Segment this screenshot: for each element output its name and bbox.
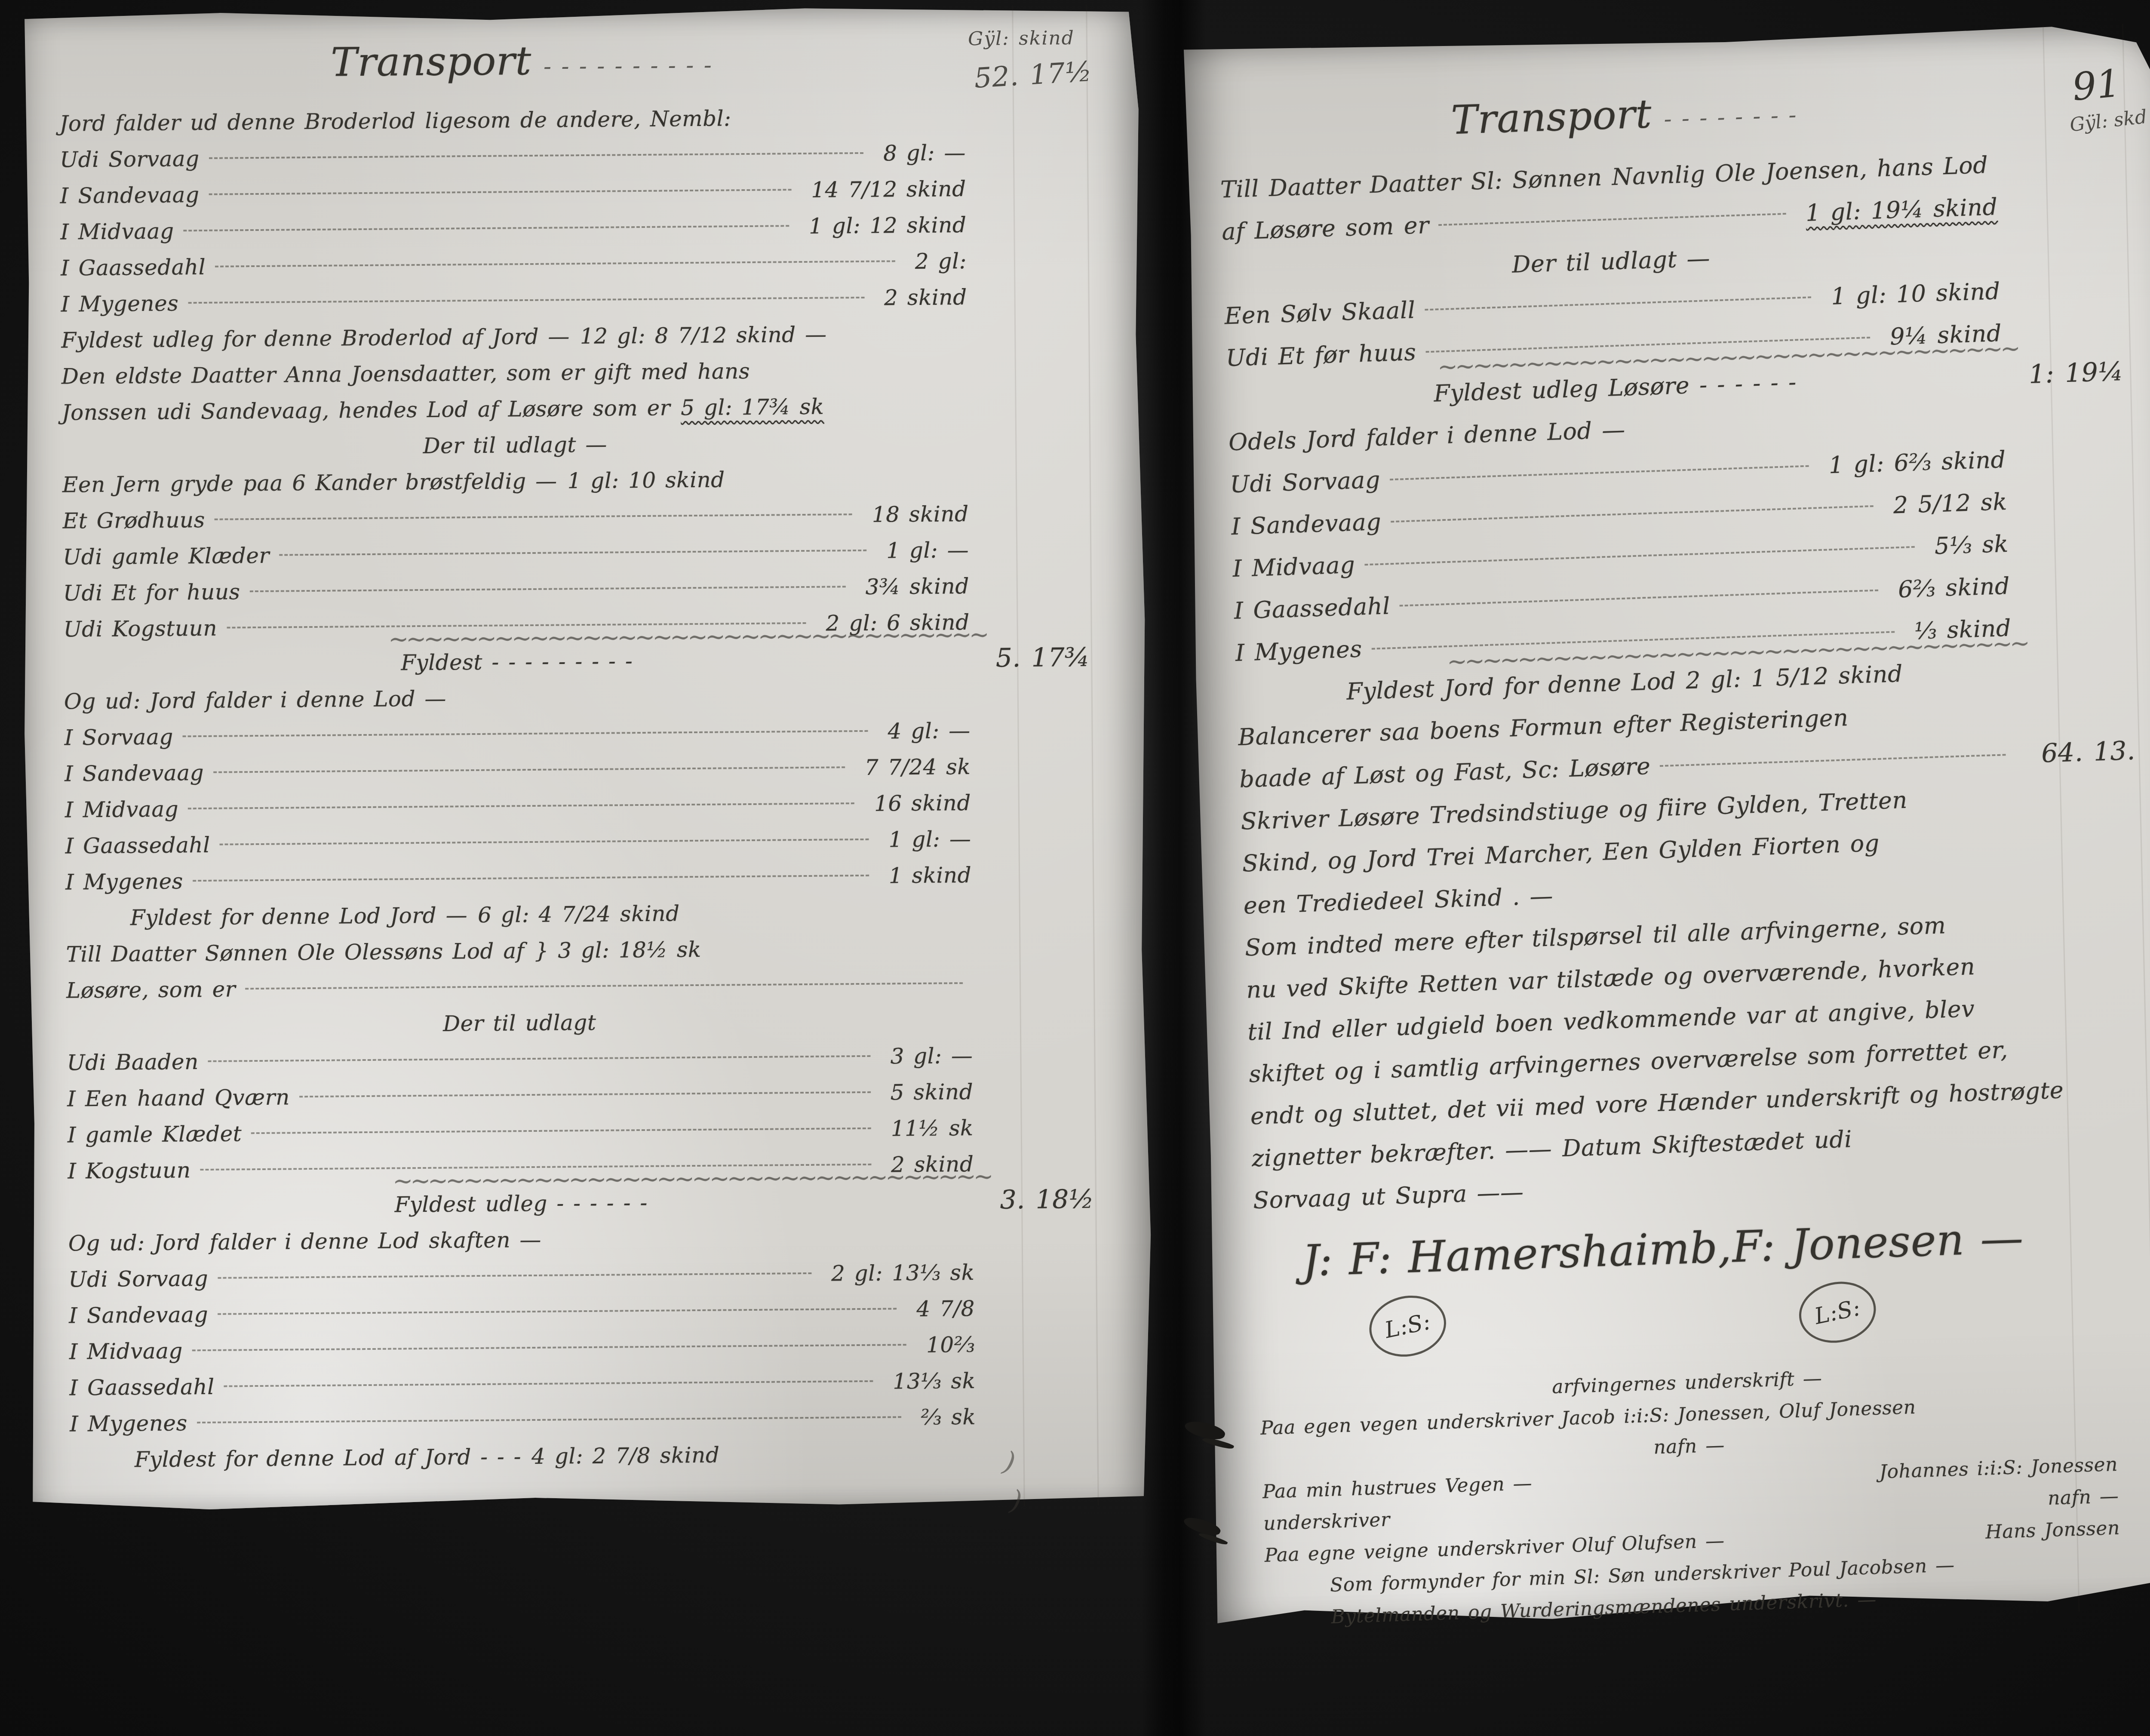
line-text: underskriver [1263,1504,1390,1539]
document-line: Udi Sorvaag 2 gl: 13⅓ sk [68,1254,975,1298]
document-line: Udi Et for huus 3¾ skind [63,568,970,611]
document-line: I Sandevaag 14 7/12 skind [60,171,966,214]
line-value: 1 gl: 10 skind [1831,270,2001,318]
signature-row: J: F: Hamershaimb, L:S: F: Jonesen — L:S… [1302,1205,2150,1375]
document-line: I gamle Klædet 11½ sk [68,1110,974,1153]
document-line: Udi Baaden 3 gl: — [67,1038,973,1081]
line-value: 4 gl: — [888,713,971,750]
line-text: I Mygenes [61,285,178,322]
amount-column-headers: Gÿl: skind [968,27,1075,50]
squiggle-separator: ~~~~~~~~~~~~~~~~~~~~~~~~~~~~~~~~~~ [393,1165,991,1194]
document-line: Den eldste Daatter Anna Joensdaatter, so… [61,351,968,395]
wax-seal: L:S: [1364,1289,1452,1364]
document-line: I Mygenes 1 skind [65,857,972,900]
line-text: I Mygenes [1235,628,1363,674]
document-line: I Sandevaag 4 7/8 [69,1290,975,1334]
line-text: I Een haand Qværn [67,1079,290,1117]
line-text: I Sorvaag [64,719,173,756]
pen-flourish-mark: ) [1000,1445,1018,1479]
dotted-leader [251,1128,871,1134]
line-text: Udi Kogstuun [63,610,217,648]
dotted-leader [208,1055,871,1062]
transport-dashes: - - - - - - - - [1651,76,1996,152]
line-value: } 3 gl: 18½ sk [534,931,701,969]
dotted-leader [218,1308,897,1315]
line-value: 2 skind [884,279,967,316]
document-line: Og ud: Jord falder i denne Lod skaften — [68,1218,974,1262]
line-text: I gamle Klædet [68,1115,242,1153]
signature-block-right: F: Jonesen — L:S: [1731,1205,2150,1361]
transport-dashes: - - - - - - - - - - [531,31,965,99]
document-line: Fyldest udleg for denne Broderlod af Jor… [61,315,967,359]
margin-total: 1: 19¼ [2007,350,2146,396]
line-value: nafn — [2047,1481,2119,1515]
line-value: 12 gl: 8 7/12 skind — [580,316,827,355]
document-line: I Midvaag 16 skind [65,785,971,828]
line-value: 11½ sk [891,1110,974,1147]
dotted-leader [215,513,852,520]
dotted-leader [1438,213,1786,226]
document-line: I Gaassedahl 2 gl: [61,243,967,286]
document-line: Der til udlagt — [62,424,968,467]
document-line: Udi Sorvaag 8 gl: — [60,135,966,178]
dotted-leader [192,1344,906,1351]
squiggle-separator: ~~~~~~~~~~~~~~~~~~~~~~~~~~~~~~~~~~ [388,623,987,652]
line-text: Sorvaag ut Supra —— [1253,1171,1524,1222]
line-value: 6 gl: 4 7/24 skind [478,895,680,933]
line-value: 16 skind [874,785,971,822]
line-text: Een Sølv Skaall [1224,289,1416,337]
signature-name: J: F: Hamershaimb, [1302,1219,1732,1289]
line-text: I Sandevaag [1231,501,1382,548]
line-text: I Midvaag [1232,544,1356,590]
line-value: 1 gl: 6⅔ skind [1828,439,2006,486]
document-line: I Gaassedahl 1 gl: — [65,821,971,864]
line-value: 5 skind [890,1074,973,1111]
line-value: 1 gl: 12 skind [809,207,967,244]
line-value: 1 gl: — [888,821,971,858]
line-value: 14 7/12 skind [811,171,966,208]
transport-total: 52. 17½ [973,56,1093,95]
dotted-leader [245,982,963,989]
line-value: 5 gl: 17¾ sk [681,389,824,426]
dotted-leader [209,189,792,195]
right-page-lines: Till Daatter Daatter Sl: Sønnen Navnlig … [1220,144,2030,1222]
line-text: I Midvaag [69,1333,183,1370]
margin-total: 3. 18½ [978,1181,1116,1218]
line-value: 2 gl: [915,243,967,280]
margin-total: 64. 13. [2019,729,2150,775]
line-text: Udi Baaden [67,1044,199,1081]
dotted-leader [184,225,789,231]
line-value: 4 gl: 2 7/8 skind [531,1437,720,1475]
dotted-leader [213,766,845,773]
document-line: Et Grødhuus 18 skind [62,496,969,539]
document-line: Till Daatter Sønnen Ole Olessøns Lod af … [66,929,972,973]
dotted-leader [250,586,846,592]
document-line: I Een haand Qværn 5 skind [67,1074,974,1117]
line-text: I Gaassedahl [61,249,206,286]
line-value: 13⅓ sk [893,1363,976,1400]
line-text: I Midvaag [65,791,179,828]
document-line: ~~~~~~~~~~~~~~~~~~~~~~~~~~~~~~~~~~ Fylde… [64,640,970,684]
document-line: ~~~~~~~~~~~~~~~~~~~~~~~~~~~~~~~~~~ Fylde… [68,1182,974,1226]
left-page-lines: Jord falder ud denne Broderlod ligesom d… [59,98,976,1478]
line-text: Fyldest for denne Lod af Jord - - - [134,1438,521,1478]
line-text: Till Daatter Sønnen Ole Olessøns Lod af [66,933,525,972]
line-text: Der til udlagt — [1511,237,1711,286]
line-value: 5⅓ sk [1934,523,2009,567]
line-text: Udi Sorvaag [1229,459,1381,506]
line-text: I Sandevaag [60,177,200,214]
line-text: Og ud: Jord falder i denne Lod — [64,681,447,720]
dotted-leader [1390,465,1809,480]
line-text: Een Jern gryde paa 6 Kander brøstfeldig … [62,463,557,503]
dotted-leader [1364,546,1915,565]
line-text: Jonssen udi Sandevaag, hendes Lod af Løs… [61,390,670,430]
dotted-leader [1660,754,2006,767]
dotted-leader [193,875,869,882]
margin-total: 5. 17¾ [974,639,1112,676]
dotted-leader [209,152,863,159]
line-text: Udi Et for huus [63,574,240,611]
document-line: I Mygenes ⅔ sk [70,1399,976,1442]
document-line: I Midvaag 1 gl: 12 skind [60,207,967,250]
right-page: 91 Gÿl: skd Transport - - - - - - - - Ti… [1179,22,2150,1631]
line-text: Et Grødhuus [62,502,205,539]
line-text: Den eldste Daatter Anna Joensdaatter, so… [61,353,750,395]
document-line: Een Jern gryde paa 6 Kander brøstfeldig … [62,460,969,503]
document-line: I Gaassedahl 13⅓ sk [69,1363,976,1406]
transport-label: Transport [1450,82,1652,153]
line-value: Hans Jonssen [1985,1512,2120,1549]
line-text: nafn — [1653,1429,1725,1463]
line-text: I Mygenes [70,1405,187,1442]
line-value: 10⅔ [926,1327,975,1363]
line-text: Udi Sorvaag [60,141,200,178]
document-line: Udi gamle Klæder 1 gl: — [63,532,969,575]
document-line: I Mygenes 2 skind [61,279,967,323]
line-value: 7 7/24 sk [865,749,971,786]
line-text: I Gaassedahl [69,1369,215,1406]
line-value: ⅔ sk [921,1399,976,1435]
dotted-leader [183,730,868,737]
line-text: Løsøre, som er [66,971,236,1008]
signature-block-left: J: F: Hamershaimb, L:S: [1302,1219,1736,1375]
line-text: Udi Sorvaag [68,1260,208,1298]
line-text: I Gaassedahl [1233,585,1391,632]
signature-name: F: Jonesen — [1731,1210,2024,1275]
line-value: 1 gl: — [886,532,969,569]
document-line: Jord falder ud denne Broderlod ligesom d… [59,98,966,142]
line-text: I Mygenes [65,863,183,900]
line-value: 6⅔ skind [1898,565,2011,611]
dotted-leader [1425,296,1811,310]
line-value: 2 5/12 sk [1892,481,2008,527]
line-text: Udi gamle Klæder [63,538,270,575]
closing-lines: arfvingernes underskrift — Paa egen vege… [1259,1353,2122,1635]
dotted-leader [279,550,866,556]
document-line: Fyldest for denne Lod af Jord - - - 4 gl… [70,1435,976,1478]
line-text: Fyldest udleg for denne Broderlod af Jor… [61,318,570,358]
line-value: 1 gl: 10 skind [567,461,725,499]
line-value: 8 gl: — [883,135,966,172]
line-value: 3 gl: — [890,1038,973,1075]
line-text: I Midvaag [60,213,174,250]
document-line: Løsøre, som er [66,965,973,1009]
transport-label: Transport [331,29,532,95]
left-page: Gÿl: skind 52. 17½ Transport - - - - - -… [18,4,1154,1514]
line-value: 2 gl: 13⅓ sk [831,1254,975,1292]
dotted-leader [1391,505,1874,522]
dotted-leader [224,1380,873,1387]
dotted-leader [1400,590,1878,607]
line-text: I Sandevaag [64,755,204,792]
line-text: I Gaassedahl [65,827,210,864]
line-value: 4 7/8 [916,1290,975,1327]
dotted-leader [220,839,869,845]
document-line: Jonssen udi Sandevaag, hendes Lod af Løs… [61,387,968,431]
left-page-content: Gÿl: skind 52. 17½ Transport - - - - - -… [59,24,1125,1496]
dotted-leader [299,1091,871,1097]
dotted-leader [197,1416,901,1423]
document-line: Der til udlagt [67,1002,973,1045]
dotted-leader [188,297,864,304]
line-text: Udi Et før huus [1225,331,1417,379]
line-text: Fyldest for denne Lod Jord — [130,897,468,936]
line-value: 18 skind [872,496,969,533]
line-text: Der til udlagt — [423,427,607,464]
line-text: Jord falder ud denne Broderlod ligesom d… [59,100,731,141]
right-page-content: Transport - - - - - - - - Till Daatter D… [1217,66,2150,1613]
line-text: Der til udlagt [443,1005,596,1042]
line-value: 1 skind [888,857,971,894]
line-value: 1 gl: 19¼ skind [1805,186,1998,234]
document-line: I Sorvaag 4 gl: — [64,713,971,756]
line-value: 3¾ skind [865,568,969,605]
dotted-leader [218,1272,811,1279]
document-line: Fyldest for denne Lod Jord — 6 gl: 4 7/2… [66,893,972,937]
transport-heading: Transport - - - - - - - - - - [59,25,965,106]
line-text: I Sandevaag [69,1297,209,1334]
document-line: I Sandevaag 7 7/24 sk [64,749,971,792]
line-text: I Kogstuun [68,1152,191,1189]
scanned-document-photo: Gÿl: skind 52. 17½ Transport - - - - - -… [0,0,2150,1736]
line-text: Og ud: Jord falder i denne Lod skaften — [68,1222,541,1262]
line-text: af Løsøre som er [1221,204,1430,253]
wax-seal: L:S: [1794,1275,1882,1350]
document-line: I Midvaag 10⅔ [69,1327,975,1370]
document-line: Og ud: Jord falder i denne Lod — [64,676,971,720]
dotted-leader [215,260,895,267]
dotted-leader [188,802,854,809]
